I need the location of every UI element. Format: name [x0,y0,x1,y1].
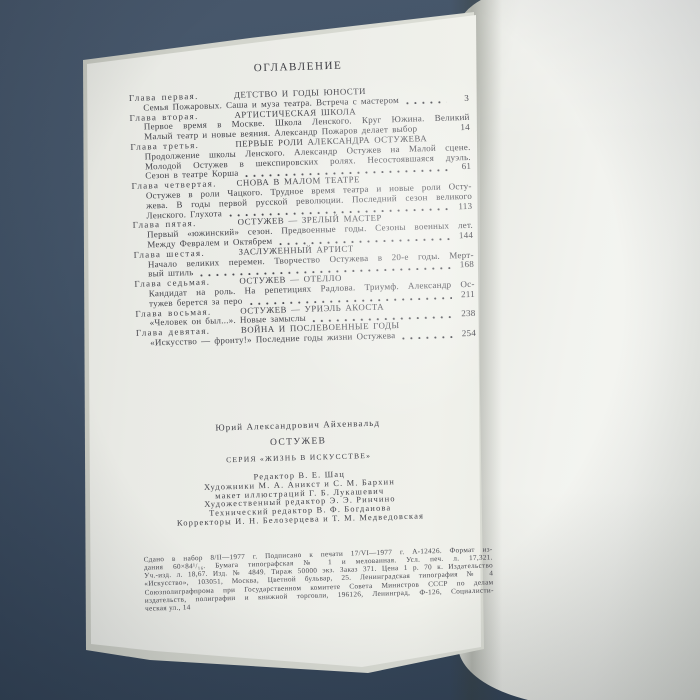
credits-list: Редактор В. Е. ШацХудожники М. А. Аникст… [128,467,471,531]
page-number: 238 [455,309,475,319]
toc-list: Глава первая.ДЕТСТВО И ГОДЫ ЮНОСТИСемья … [129,84,476,349]
page-number: 14 [450,123,470,133]
page-number: 254 [456,329,476,339]
imprint-block: Сдано в набор 8/II—1977 г. Подписано к п… [144,546,495,613]
page-number: 61 [451,162,471,172]
page-number: 211 [455,290,475,300]
dot-leaders [402,335,453,340]
page-number: 113 [452,201,472,211]
photo-background: ОГЛАВЛЕНИЕ Глава первая.ДЕТСТВО И ГОДЫ Ю… [0,0,700,700]
page-number: 168 [454,260,474,270]
left-page-content: ОГЛАВЛЕНИЕ Глава первая.ДЕТСТВО И ГОДЫ Ю… [128,56,484,613]
colophon: Юрий Александрович Айхенвальд ОСТУЖЕВ СЕ… [127,415,472,531]
series-line: СЕРИЯ «ЖИЗНЬ В ИСКУССТВЕ» [128,448,470,467]
page-number: 3 [449,94,469,104]
page-number: 144 [453,231,473,241]
author-line: Юрий Александрович Айхенвальд [127,415,469,435]
